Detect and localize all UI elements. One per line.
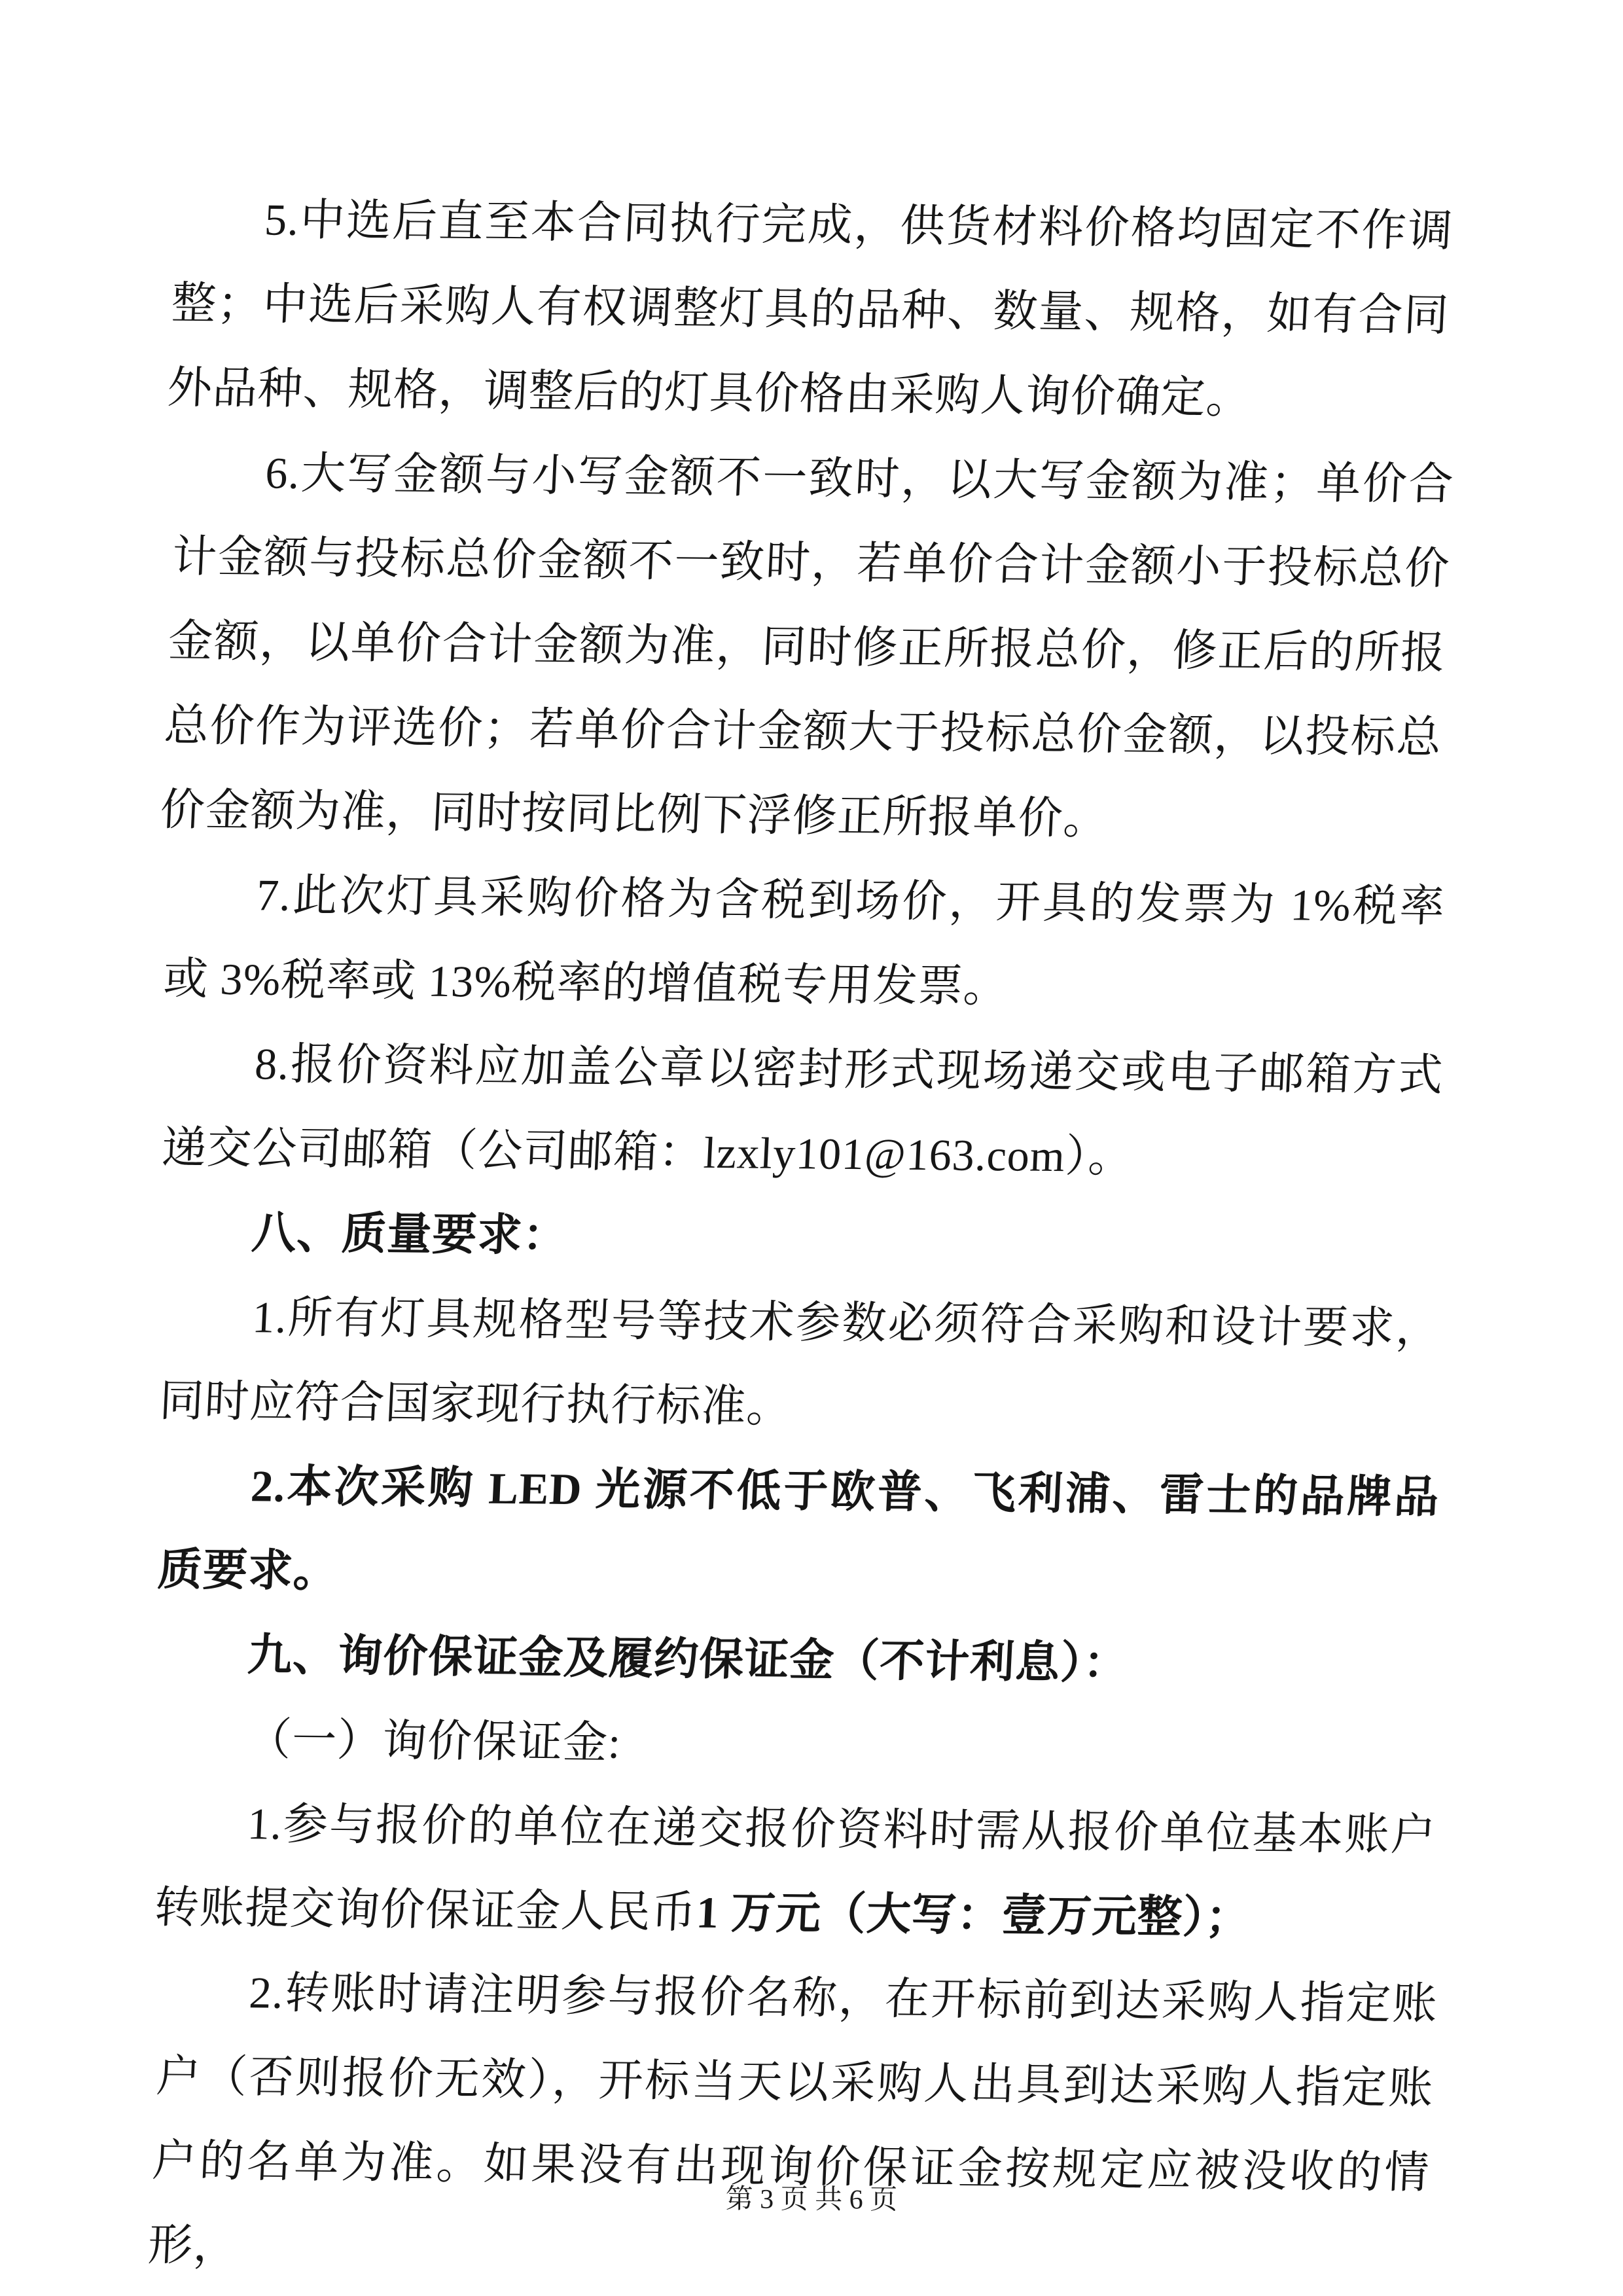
deposit-item-1-amount: 1 万元（大写：壹万元整）； bbox=[695, 1888, 1252, 1943]
clause-6: 6.大写金额与小写金额不一致时，以大写金额为准；单价合计金额与投标总价金额不一致… bbox=[158, 430, 1456, 864]
clause-7: 7.此次灯具采购价格为含税到场价，开具的发票为 1%税率或 3%税率或 13%税… bbox=[162, 852, 1447, 1033]
deposit-item-1: 1.参与报价的单位在递交报价资料时需从报价单位基本账户转账提交询价保证金人民币1… bbox=[152, 1781, 1438, 1962]
section-9-heading: 九、询价保证金及履约保证金（不计利息）： bbox=[156, 1612, 1438, 1709]
quality-item-2: 2.本次采购 LED 光源不低于欧普、飞利浦、雷士的品牌品质要求。 bbox=[156, 1443, 1441, 1624]
clause-8: 8.报价资料应加盖公章以密封形式现场递交或电子邮箱方式递交公司邮箱（公司邮箱：l… bbox=[160, 1021, 1445, 1202]
clause-5: 5.中选后直至本合同执行完成，供货材料价格均固定不作调整；中选后采购人有权调整灯… bbox=[166, 177, 1455, 442]
section-8-heading: 八、质量要求： bbox=[160, 1190, 1442, 1287]
quality-item-1: 1.所有灯具规格型号等技术参数必须符合采购和设计要求，同时应符合国家现行执行标准… bbox=[157, 1274, 1442, 1456]
document-body: 5.中选后直至本合同执行完成，供货材料价格均固定不作调整；中选后采购人有权调整灯… bbox=[152, 177, 1450, 2296]
deposit-subheading: （一）询价保证金: bbox=[156, 1696, 1437, 1793]
document-page: 5.中选后直至本合同执行完成，供货材料价格均固定不作调整；中选后采购人有权调整灯… bbox=[0, 0, 1623, 2296]
deposit-item-2: 2.转账时请注明参与报价名称，在开标前到达采购人指定账户（否则报价无效），开标当… bbox=[146, 1950, 1440, 2296]
